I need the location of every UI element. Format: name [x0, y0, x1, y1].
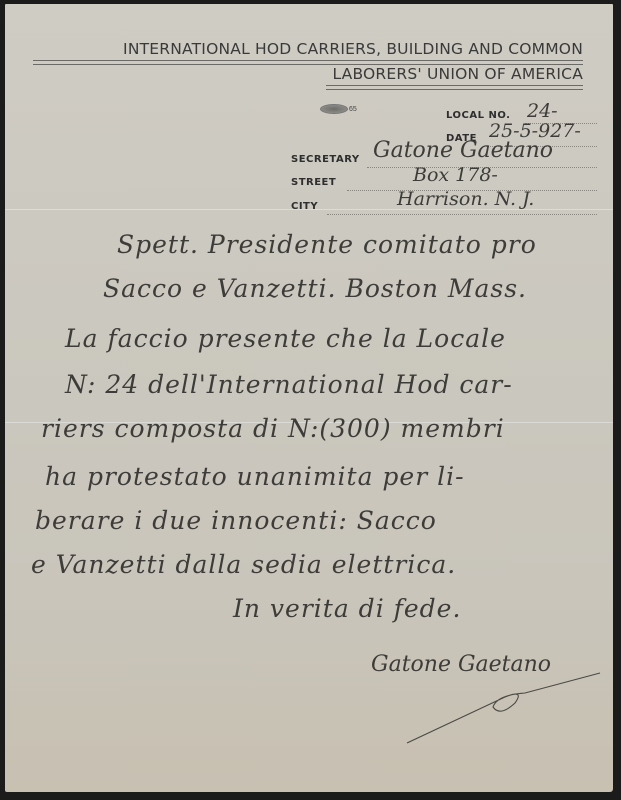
letter-line: Sacco e Vanzetti. Boston Mass.	[103, 274, 527, 303]
letter-line: In verita di fede.	[233, 594, 461, 623]
secretary-value: Gatone Gaetano	[373, 138, 553, 163]
letter-line: N: 24 dell'International Hod car-	[65, 370, 513, 399]
letterhead-rule	[326, 85, 583, 90]
street-value: Box 178-	[413, 164, 498, 186]
letter-line: ha protestato unanimita per li-	[45, 462, 465, 491]
letter-line: berare i due innocenti: Sacco	[35, 506, 437, 535]
letterhead-line-2: LABORERS' UNION OF AMERICA	[332, 65, 583, 83]
secretary-label: Secretary	[291, 154, 360, 165]
letter-line: e Vanzetti dalla sedia elettrica.	[31, 550, 456, 579]
street-label: Street	[291, 177, 336, 188]
letter-paper: INTERNATIONAL HOD CARRIERS, BUILDING AND…	[5, 4, 613, 792]
city-value: Harrison. N. J.	[397, 188, 534, 210]
letterhead-line-1: INTERNATIONAL HOD CARRIERS, BUILDING AND…	[123, 40, 583, 58]
letter-line: La faccio presente che la Locale	[65, 324, 506, 353]
union-seal-icon	[320, 104, 348, 114]
union-label-number: 65	[349, 106, 357, 113]
city-label: City	[291, 201, 318, 212]
union-label-seal: 65	[320, 104, 357, 114]
city-line	[327, 213, 597, 215]
letter-line: Spett. Presidente comitato pro	[117, 230, 537, 259]
signature-flourish-icon	[405, 669, 605, 749]
local-no-value: 24-	[527, 100, 558, 122]
letter-line: riers composta di N:(300) membri	[41, 414, 505, 443]
